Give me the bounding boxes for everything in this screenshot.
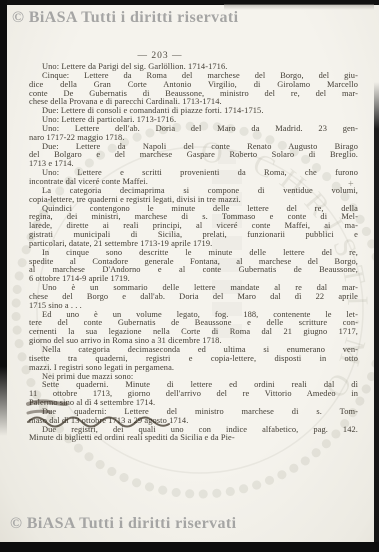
paragraph: Ed uno è un volume legato, fog. 188, con… — [29, 311, 358, 346]
scan-smear-top-right — [224, 4, 374, 10]
paragraph: Nella categoria decimaseconda ed ultima … — [29, 346, 358, 373]
scan-edge-bottom-bar — [0, 542, 379, 552]
scan-edge-left-strip — [0, 0, 7, 436]
copyright-watermark-top: © BiASA Tutti i diritti riservati — [12, 9, 239, 27]
paragraph: Due: Lettere da Napoli del conte Renato … — [29, 143, 358, 170]
paragraph: Due quaderni: Lettere del ministro march… — [29, 408, 358, 426]
page-text: Uno: Lettere da Parigi del sig. Garlölli… — [29, 63, 358, 443]
paragraph: Uno: Lettere dell'ab. Doria del Maro da … — [29, 125, 358, 143]
text-line: del Bolgaro e del marchese Gaspare Rober… — [29, 151, 358, 160]
copyright-watermark-bottom: © BiASA Tutti i diritti riservati — [10, 515, 237, 533]
margin-cross-mark: + — [348, 179, 354, 190]
text-line: Minute di biglietti ed ordini reali sped… — [29, 434, 358, 443]
paragraph: Uno: Lettere e scritti provenienti da Ro… — [29, 169, 358, 187]
paragraph: Quindici contengono le minute delle lett… — [29, 205, 358, 249]
scan-edge-right-strip — [374, 82, 379, 552]
paragraph: Cinque: Lettere da Roma del marchese del… — [29, 72, 358, 107]
paragraph: Sette quaderni. Minute di lettere ed ord… — [29, 381, 358, 408]
paragraph: In cinque sono descritte le minute delle… — [29, 249, 358, 284]
paragraph: La categoria decimaprima si compone di v… — [29, 187, 358, 205]
paragraph: Due registri, dei quali uno con indice a… — [29, 426, 358, 444]
page-number: — 203 — — [0, 51, 320, 61]
paragraph: Uno è un sommario delle lettere mandate … — [29, 284, 358, 311]
